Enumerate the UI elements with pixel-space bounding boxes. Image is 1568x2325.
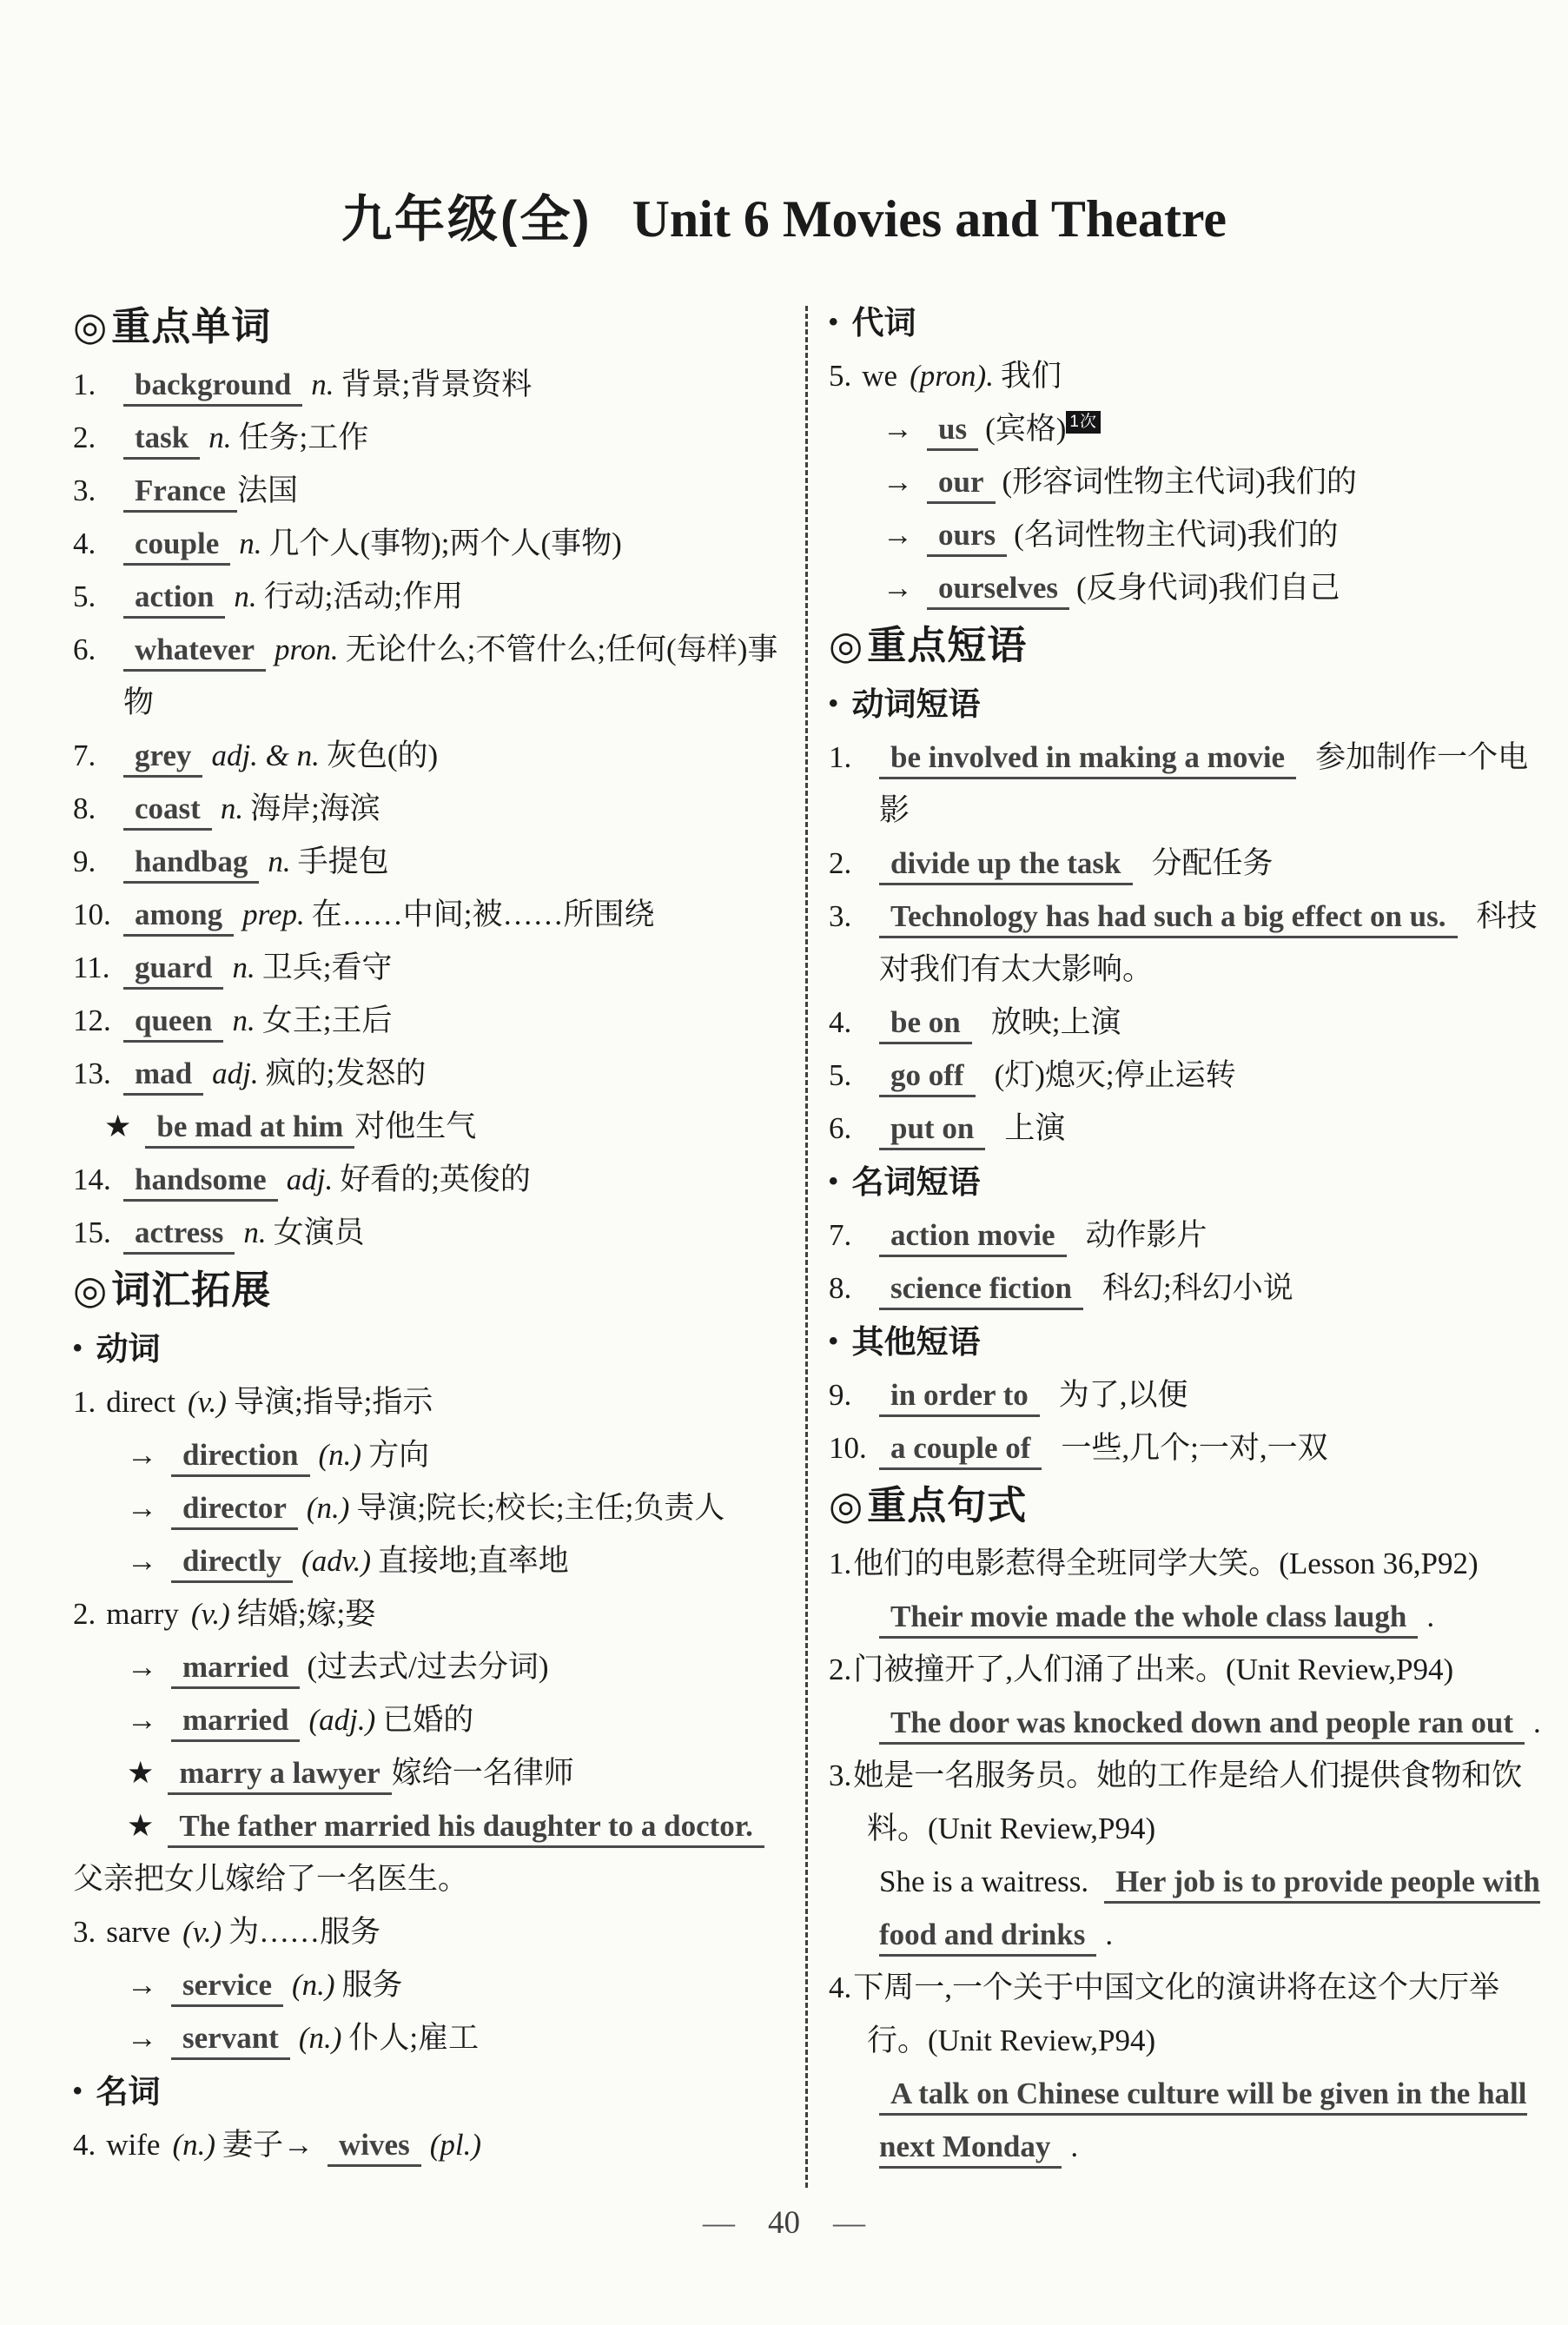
part-of-speech: n. bbox=[311, 368, 334, 401]
sentence-answer-blank: Their movie made the whole class laugh bbox=[879, 1600, 1418, 1639]
phrase-item: 8.science fiction科幻;科幻小说 bbox=[829, 1262, 1558, 1315]
item-number: 10. bbox=[829, 1421, 879, 1474]
grammar-note: (名词性物主代词) bbox=[1014, 518, 1247, 552]
group-heading-label: 名词 bbox=[96, 2074, 161, 2110]
noun-expansion-item: 4.wife(n.)妻子→wives(pl.) bbox=[73, 2118, 791, 2171]
item-number: 4. bbox=[829, 1971, 851, 2004]
answer-blank: The father married his daughter to a doc… bbox=[168, 1809, 764, 1848]
word-meaning: 为……服务 bbox=[228, 1915, 380, 1949]
ring-icon: ◎ bbox=[73, 1268, 108, 1312]
part-of-speech: n. bbox=[232, 951, 255, 984]
part-of-speech: n. bbox=[221, 792, 243, 825]
entry-marker-icon: ★ bbox=[127, 1809, 154, 1843]
item-number: 2. bbox=[829, 1653, 851, 1686]
headword: wife bbox=[106, 2128, 160, 2162]
part-of-speech: n. bbox=[234, 580, 256, 613]
entry-meaning: 我们的 bbox=[1266, 465, 1357, 499]
part-of-speech: (adj.) bbox=[308, 1703, 375, 1737]
frequency-badge: 1次 bbox=[1066, 411, 1101, 434]
entry-meaning: 仆人;雇工 bbox=[348, 2021, 479, 2055]
phrase-group-heading: •动词短语 bbox=[829, 677, 1558, 731]
section-heading-expansion: ◎词汇拓展 bbox=[73, 1259, 791, 1321]
item-number: 8. bbox=[829, 1262, 879, 1315]
phrase-answer-blank: a couple of bbox=[879, 1431, 1042, 1470]
word-body: greyadj. & n.灰色(的) bbox=[123, 729, 791, 782]
page-footer: —40— bbox=[0, 2204, 1568, 2242]
word-item: 11. guardn.卫兵;看守 bbox=[73, 941, 791, 994]
section-heading-label: 重点短语 bbox=[867, 623, 1027, 667]
entry-meaning: 导演;院长;校长;主任;负责人 bbox=[356, 1491, 724, 1525]
word-answer-blank: coast bbox=[123, 792, 212, 831]
word-answer-blank: actress bbox=[123, 1215, 235, 1255]
entry-meaning: 嫁给一名律师 bbox=[392, 1756, 574, 1790]
entry-marker-icon: → bbox=[127, 1968, 157, 2002]
sub-entry: →married(adj.)已婚的 bbox=[127, 1693, 791, 1746]
word-item: 12. queenn.女王;王后 bbox=[73, 994, 791, 1047]
word-answer-blank: mad bbox=[123, 1057, 203, 1096]
entry-meaning: 我们的 bbox=[1247, 518, 1338, 552]
answer-prefix: She is a waitress. bbox=[879, 1865, 1088, 1898]
entry-marker-icon: → bbox=[127, 1544, 157, 1578]
answer-blank: married bbox=[171, 1650, 300, 1689]
part-of-speech: adj. & n. bbox=[211, 739, 319, 772]
word-meaning: 我们 bbox=[1001, 359, 1062, 393]
word-body: actressn.女演员 bbox=[123, 1206, 791, 1259]
word-meaning: 女王;王后 bbox=[262, 1004, 393, 1037]
sentence-item: 3.她是一名服务员。她的工作是给人们提供食物和饮料。(Unit Review,P… bbox=[829, 1749, 1558, 1961]
sub-entry: →service(n.)服务 bbox=[127, 1958, 791, 2011]
item-number: 4. bbox=[73, 517, 123, 570]
phrase-group-heading: •其他短语 bbox=[829, 1315, 1558, 1368]
phrase-groups: •动词短语 1.be involved in making a movie参加制… bbox=[829, 677, 1558, 1474]
phrase-meaning: 动作影片 bbox=[1086, 1218, 1207, 1252]
sentence-answer-blank: The door was knocked down and people ran… bbox=[879, 1706, 1525, 1745]
expansion-item: 2.marry(v.)结婚;嫁;娶 →married(过去式/过去分词) →ma… bbox=[73, 1587, 791, 1905]
phrase-list: 1.be involved in making a movie参加制作一个电影 … bbox=[829, 731, 1558, 1155]
entry-marker-icon: → bbox=[883, 571, 913, 605]
sentence-list: 1.他们的电影惹得全班同学大笑。(Lesson 36,P92) Their mo… bbox=[829, 1537, 1558, 2173]
part-of-speech: (adv.) bbox=[301, 1544, 371, 1578]
word-meaning: 海岸;海滨 bbox=[250, 792, 380, 825]
word-item: 9. handbagn.手提包 bbox=[73, 835, 791, 888]
sentence-item: 2.门被撞开了,人们涌了出来。(Unit Review,P94) The doo… bbox=[829, 1643, 1558, 1749]
word-meaning: 导演;指导;指示 bbox=[234, 1385, 433, 1419]
part-of-speech: (n.) bbox=[307, 1491, 350, 1525]
answer-blank: directly bbox=[171, 1544, 293, 1583]
answer-blank: married bbox=[171, 1703, 300, 1742]
item-number: 1. bbox=[829, 731, 879, 784]
sentence-answer-blank: A talk on Chinese culture will be given … bbox=[879, 2077, 1527, 2169]
entry-marker-icon: → bbox=[127, 1491, 157, 1525]
part-of-speech: (v.) bbox=[188, 1385, 227, 1419]
word-answer-blank: couple bbox=[123, 527, 230, 566]
entry-marker-icon: → bbox=[127, 1703, 157, 1737]
answer-blank: wives bbox=[327, 2128, 421, 2167]
word-meaning: 在……中间;被……所围绕 bbox=[312, 898, 655, 931]
phrase-answer-blank: science fiction bbox=[879, 1271, 1083, 1310]
part-of-speech: (n.) bbox=[299, 2021, 342, 2055]
word-body: France法国 bbox=[123, 464, 791, 517]
page-title: 九年级(全)Unit 6 Movies and Theatre bbox=[0, 0, 1568, 269]
item-number: 14. bbox=[73, 1153, 123, 1206]
headword: marry bbox=[106, 1597, 179, 1631]
word-answer-blank: background bbox=[123, 368, 302, 407]
sub-entry: →our(形容词性物主代词)我们的 bbox=[883, 455, 1558, 508]
answer-blank: director bbox=[171, 1491, 298, 1530]
derived-entries: →married(过去式/过去分词) →married(adj.)已婚的 ★ma… bbox=[73, 1640, 791, 1905]
content-columns: ◎重点单词 1. backgroundn.背景;背景资料 2. bbox=[0, 269, 1568, 2173]
bullet-icon: • bbox=[829, 1167, 838, 1196]
phrase-group: •名词短语 7.action movie动作影片 8.science ficti… bbox=[829, 1155, 1558, 1315]
word-meaning: 背景;背景资料 bbox=[341, 368, 533, 401]
part-of-speech: (pl.) bbox=[430, 2128, 481, 2162]
entry-marker-icon: → bbox=[127, 1650, 157, 1684]
phrase-answer-blank: action movie bbox=[879, 1218, 1067, 1257]
section-heading-label: 重点句式 bbox=[867, 1483, 1027, 1527]
ring-icon: ◎ bbox=[73, 304, 108, 348]
sentence-prompt: 她是一名服务员。她的工作是给人们提供食物和饮料。(Unit Review,P94… bbox=[853, 1759, 1522, 1845]
word-item: 15. actressn.女演员 bbox=[73, 1206, 791, 1259]
entry-marker-icon: → bbox=[883, 518, 913, 552]
word-answer-blank: France bbox=[123, 474, 237, 513]
sentence-answer: The door was knocked down and people ran… bbox=[879, 1696, 1558, 1749]
verb-expansions: 1.direct(v.)导演;指导;指示 →direction(n.)方向 →d… bbox=[73, 1375, 791, 2064]
sub-entry: →director(n.)导演;院长;校长;主任;负责人 bbox=[127, 1481, 791, 1534]
bullet-icon: • bbox=[829, 1327, 838, 1355]
part-of-speech: (v.) bbox=[191, 1597, 230, 1631]
phrase-list: 7.action movie动作影片 8.science fiction科幻;科… bbox=[829, 1209, 1558, 1315]
answer-blank: ourselves bbox=[927, 571, 1069, 610]
part-of-speech: (n.) bbox=[319, 1438, 362, 1472]
word-item: 7. greyadj. & n.灰色(的) bbox=[73, 729, 791, 782]
entry-marker-icon: → bbox=[883, 465, 913, 499]
headword: we bbox=[862, 359, 897, 393]
sub-entry: →us(宾格)1次 bbox=[883, 402, 1558, 455]
entry-meaning: 服务 bbox=[342, 1968, 403, 2002]
part-of-speech: n. bbox=[239, 527, 261, 560]
entry-meaning: 已婚的 bbox=[382, 1703, 473, 1737]
entry-marker-icon: → bbox=[127, 1438, 157, 1472]
bullet-icon: • bbox=[73, 1334, 83, 1362]
word-meaning: 卫兵;看守 bbox=[262, 951, 393, 984]
item-number: 1. bbox=[829, 1547, 851, 1580]
word-meaning: 妻子 bbox=[222, 2128, 283, 2162]
word-answer-blank: task bbox=[123, 421, 200, 460]
pronouns-group-heading: •代词 bbox=[829, 295, 1558, 349]
answer-period: . bbox=[1105, 1918, 1113, 1951]
phrase-group-heading: •名词短语 bbox=[829, 1155, 1558, 1209]
entry-marker-icon: ★ bbox=[127, 1756, 154, 1790]
item-number: 5. bbox=[73, 570, 123, 623]
sentence-prompt: 他们的电影惹得全班同学大笑。(Lesson 36,P92) bbox=[853, 1547, 1478, 1580]
item-number: 2. bbox=[829, 837, 879, 890]
part-of-speech: n. bbox=[208, 421, 231, 454]
answer-period: . bbox=[1070, 2130, 1078, 2163]
item-number: 10. bbox=[73, 888, 123, 941]
pronoun-expansion-item: 5.we(pron).我们 →us(宾格)1次 →our(形容词性物主代词)我们… bbox=[829, 349, 1558, 614]
word-item: 14. handsomeadj.好看的;英俊的 bbox=[73, 1153, 791, 1206]
item-number: 5. bbox=[829, 1049, 879, 1102]
phrase-meaning: 为了,以便 bbox=[1059, 1378, 1188, 1412]
sub-entry: ★marry a lawyer嫁给一名律师 bbox=[127, 1746, 791, 1799]
phrase-meaning: 放映;上演 bbox=[991, 1005, 1121, 1039]
phrase-item: 4.be on放映;上演 bbox=[829, 996, 1558, 1049]
word-item: 5. actionn.行动;活动;作用 bbox=[73, 570, 791, 623]
item-number: 6. bbox=[73, 623, 123, 729]
headword: sarve bbox=[106, 1915, 170, 1949]
phrase-meaning: 分配任务 bbox=[1152, 846, 1274, 880]
phrase-answer-blank: in order to bbox=[879, 1378, 1040, 1417]
word-body: guardn.卫兵;看守 bbox=[123, 941, 791, 994]
word-body: backgroundn.背景;背景资料 bbox=[123, 358, 791, 411]
word-body: whateverpron.无论什么;不管什么;任何(每样)事物 bbox=[123, 623, 791, 729]
phrase-answer-blank: be on bbox=[879, 1005, 972, 1044]
sentence-answer: She is a waitress.Her job is to provide … bbox=[879, 1855, 1558, 1961]
word-sub-entries: ★be mad at him对他生气 bbox=[123, 1100, 791, 1153]
section-heading-key-sentences: ◎重点句式 bbox=[829, 1474, 1558, 1537]
word-meaning: 几个人(事物);两个人(事物) bbox=[268, 527, 621, 560]
word-answer-blank: queen bbox=[123, 1004, 223, 1043]
sub-entry: →ourselves(反身代词)我们自己 bbox=[883, 561, 1558, 614]
group-heading-label: 动词 bbox=[96, 1331, 161, 1367]
word-meaning: 法国 bbox=[237, 474, 298, 507]
entry-marker-icon: → bbox=[883, 412, 913, 446]
entry-meaning: 方向 bbox=[368, 1438, 429, 1472]
phrase-answer-blank: Technology has had such a big effect on … bbox=[879, 899, 1458, 938]
page-number: 40 bbox=[768, 2205, 800, 2241]
word-meaning: 疯的;发怒的 bbox=[266, 1057, 427, 1090]
bullet-icon: • bbox=[73, 2077, 83, 2105]
part-of-speech: pron. bbox=[275, 633, 339, 666]
word-answer-blank: handbag bbox=[123, 845, 259, 884]
entry-translation: 父亲把女儿嫁给了一名医生。 bbox=[73, 1852, 791, 1905]
item-number: 3. bbox=[73, 1915, 96, 1949]
expansion-item: 3.sarve(v.)为……服务 →service(n.)服务 →servant… bbox=[73, 1905, 791, 2064]
word-body: couplen.几个人(事物);两个人(事物) bbox=[123, 517, 791, 570]
headword: direct bbox=[106, 1385, 175, 1419]
item-number: 9. bbox=[829, 1368, 879, 1421]
bullet-icon: • bbox=[829, 308, 838, 336]
item-number: 3. bbox=[829, 1759, 851, 1792]
phrase-item: 2.divide up the task分配任务 bbox=[829, 837, 1558, 890]
section-heading-key-phrases: ◎重点短语 bbox=[829, 614, 1558, 677]
phrase-item: 6.put on上演 bbox=[829, 1102, 1558, 1155]
derived-entries: →us(宾格)1次 →our(形容词性物主代词)我们的 →ours(名词性物主代… bbox=[829, 402, 1558, 614]
item-number: 5. bbox=[829, 359, 851, 393]
sub-entry: →married(过去式/过去分词) bbox=[127, 1640, 791, 1693]
sub-entry: ★The father married his daughter to a do… bbox=[127, 1799, 791, 1905]
word-answer-blank: guard bbox=[123, 951, 223, 990]
section-heading-label: 词汇拓展 bbox=[111, 1268, 271, 1312]
item-number: 3. bbox=[73, 464, 123, 517]
word-meaning: 女演员 bbox=[274, 1215, 365, 1249]
textbook-page: 九年级(全)Unit 6 Movies and Theatre ◎重点单词 1.… bbox=[0, 0, 1568, 2325]
right-column: •代词 5.we(pron).我们 →us(宾格)1次 →our(形容词性物主代… bbox=[829, 295, 1558, 2173]
sentence-item: 1.他们的电影惹得全班同学大笑。(Lesson 36,P92) Their mo… bbox=[829, 1537, 1558, 1643]
group-heading-label: 名词短语 bbox=[852, 1164, 981, 1200]
item-number: 15. bbox=[73, 1206, 123, 1259]
word-item: 2. taskn.任务;工作 bbox=[73, 411, 791, 464]
part-of-speech: adj. bbox=[287, 1162, 333, 1196]
sub-entry: →directly(adv.)直接地;直率地 bbox=[127, 1534, 791, 1587]
word-item: 1. backgroundn.背景;背景资料 bbox=[73, 358, 791, 411]
word-meaning: 灰色(的) bbox=[327, 739, 438, 772]
answer-blank: servant bbox=[171, 2021, 290, 2060]
grammar-note: (形容词性物主代词) bbox=[1002, 465, 1266, 499]
word-answer-blank: among bbox=[123, 898, 234, 937]
group-heading-label: 动词短语 bbox=[852, 686, 981, 722]
part-of-speech: n. bbox=[232, 1004, 255, 1037]
item-number: 4. bbox=[829, 996, 879, 1049]
entry-meaning: 直接地;直率地 bbox=[378, 1544, 569, 1578]
phrase-meaning: 科幻;科幻小说 bbox=[1102, 1271, 1293, 1305]
footer-dash: — bbox=[833, 2205, 865, 2241]
entry-marker-icon: → bbox=[127, 2021, 157, 2055]
word-meaning: 好看的;英俊的 bbox=[340, 1162, 531, 1196]
word-answer-blank: handsome bbox=[123, 1162, 278, 1202]
answer-period: . bbox=[1533, 1706, 1541, 1739]
phrase-item: 10.a couple of一些,几个;一对,一双 bbox=[829, 1421, 1558, 1474]
word-body: coastn.海岸;海滨 bbox=[123, 782, 791, 835]
word-answer-blank: action bbox=[123, 580, 225, 619]
item-number: 2. bbox=[73, 1597, 96, 1631]
sentence-prompt: 下周一,一个关于中国文化的演讲将在这个大厅举行。(Unit Review,P94… bbox=[853, 1971, 1499, 2057]
word-meaning: 结婚;嫁;娶 bbox=[237, 1597, 375, 1631]
part-of-speech: (n.) bbox=[172, 2128, 215, 2162]
sentence-item: 4.下周一,一个关于中国文化的演讲将在这个大厅举行。(Unit Review,P… bbox=[829, 1961, 1558, 2173]
word-item: 8. coastn.海岸;海滨 bbox=[73, 782, 791, 835]
entry-meaning: 对他生气 bbox=[354, 1110, 476, 1143]
grammar-note: (反身代词) bbox=[1076, 571, 1218, 605]
phrase-group: •动词短语 1.be involved in making a movie参加制… bbox=[829, 677, 1558, 1155]
item-number: 1. bbox=[73, 1385, 96, 1419]
ring-icon: ◎ bbox=[829, 1483, 863, 1527]
word-body: handsomeadj.好看的;英俊的 bbox=[123, 1153, 791, 1206]
part-of-speech: (n.) bbox=[292, 1968, 335, 2002]
title-unit: Unit 6 Movies and Theatre bbox=[632, 190, 1227, 248]
group-heading-label: 代词 bbox=[852, 305, 916, 341]
phrase-item: 3.Technology has had such a big effect o… bbox=[829, 890, 1558, 996]
word-meaning: 手提包 bbox=[298, 845, 389, 878]
word-item: 10. amongprep.在……中间;被……所围绕 bbox=[73, 888, 791, 941]
word-answer-blank: whatever bbox=[123, 633, 266, 672]
phrase-answer-blank: go off bbox=[879, 1058, 976, 1097]
phrase-meaning: 上演 bbox=[1004, 1111, 1065, 1145]
nouns-group-heading: •名词 bbox=[73, 2064, 791, 2118]
item-number: 4. bbox=[73, 2128, 96, 2162]
arrow-icon: → bbox=[283, 2128, 314, 2162]
sentence-answer: Their movie made the whole class laugh. bbox=[879, 1590, 1558, 1643]
word-body: taskn.任务;工作 bbox=[123, 411, 791, 464]
item-number: 7. bbox=[73, 729, 123, 782]
item-number: 3. bbox=[829, 890, 879, 943]
phrase-item: 5.go off(灯)熄灭;停止运转 bbox=[829, 1049, 1558, 1102]
group-heading-label: 其他短语 bbox=[852, 1324, 981, 1360]
item-number: 11. bbox=[73, 941, 123, 994]
title-grade: 九年级(全) bbox=[341, 191, 592, 248]
word-item: 6. whateverpron.无论什么;不管什么;任何(每样)事物 bbox=[73, 623, 791, 729]
word-item: 13. madadj.疯的;发怒的 ★be mad at him对他生气 bbox=[73, 1047, 791, 1153]
part-of-speech: prep. bbox=[242, 898, 305, 931]
verbs-group-heading: •动词 bbox=[73, 1321, 791, 1375]
answer-blank: direction bbox=[171, 1438, 310, 1477]
grammar-note: (宾格) bbox=[985, 412, 1066, 446]
answer-blank: our bbox=[927, 465, 996, 504]
sub-entry: →direction(n.)方向 bbox=[127, 1428, 791, 1481]
answer-blank: marry a lawyer bbox=[168, 1756, 391, 1795]
section-heading-label: 重点单词 bbox=[111, 304, 271, 348]
item-number: 6. bbox=[829, 1102, 879, 1155]
word-item: 3. France法国 bbox=[73, 464, 791, 517]
phrase-item: 1.be involved in making a movie参加制作一个电影 bbox=[829, 731, 1558, 837]
bullet-icon: • bbox=[829, 689, 838, 718]
phrase-answer-blank: divide up the task bbox=[879, 846, 1133, 885]
expansion-item: 1.direct(v.)导演;指导;指示 →direction(n.)方向 →d… bbox=[73, 1375, 791, 1587]
phrase-meaning: (灯)熄灭;停止运转 bbox=[995, 1058, 1236, 1092]
part-of-speech: (pron). bbox=[910, 359, 994, 393]
part-of-speech: n. bbox=[243, 1215, 266, 1249]
phrase-answer-blank: put on bbox=[879, 1111, 985, 1150]
key-words-list: 1. backgroundn.背景;背景资料 2. taskn.任务;工作 bbox=[73, 358, 791, 1259]
phrase-item: 9.in order to为了,以便 bbox=[829, 1368, 1558, 1421]
phrase-group: •其他短语 9.in order to为了,以便 10.a couple of一… bbox=[829, 1315, 1558, 1474]
part-of-speech: n. bbox=[268, 845, 290, 878]
sub-entry: ★be mad at him对他生气 bbox=[104, 1100, 791, 1153]
left-column: ◎重点单词 1. backgroundn.背景;背景资料 2. bbox=[50, 295, 791, 2171]
section-heading-key-words: ◎重点单词 bbox=[73, 295, 791, 358]
word-answer-blank: grey bbox=[123, 739, 202, 778]
word-body: actionn.行动;活动;作用 bbox=[123, 570, 791, 623]
answer-blank: be mad at him bbox=[145, 1110, 354, 1149]
grammar-note: (过去式/过去分词) bbox=[307, 1650, 548, 1684]
entry-meaning: 我们自己 bbox=[1218, 571, 1340, 605]
phrase-meaning: 一些,几个;一对,一双 bbox=[1061, 1431, 1327, 1465]
word-meaning: 行动;活动;作用 bbox=[264, 580, 463, 613]
derived-entries: →direction(n.)方向 →director(n.)导演;院长;校长;主… bbox=[73, 1428, 791, 1587]
answer-blank: ours bbox=[927, 518, 1007, 557]
item-number: 12. bbox=[73, 994, 123, 1047]
sentence-prompt: 门被撞开了,人们涌了出来。(Unit Review,P94) bbox=[853, 1653, 1453, 1686]
part-of-speech: adj. bbox=[212, 1057, 258, 1090]
item-number: 7. bbox=[829, 1209, 879, 1262]
word-meaning: 任务;工作 bbox=[239, 421, 369, 454]
item-number: 1. bbox=[73, 358, 123, 411]
answer-blank: us bbox=[927, 412, 978, 451]
word-body: amongprep.在……中间;被……所围绕 bbox=[123, 888, 791, 941]
sub-entry: →ours(名词性物主代词)我们的 bbox=[883, 508, 1558, 561]
word-body: queenn.女王;王后 bbox=[123, 994, 791, 1047]
item-number: 9. bbox=[73, 835, 123, 888]
word-body: handbagn.手提包 bbox=[123, 835, 791, 888]
sentence-answer: A talk on Chinese culture will be given … bbox=[879, 2067, 1558, 2173]
part-of-speech: (v.) bbox=[182, 1915, 222, 1949]
item-number: 2. bbox=[73, 411, 123, 464]
derived-entries: →service(n.)服务 →servant(n.)仆人;雇工 bbox=[73, 1958, 791, 2064]
phrase-item: 7.action movie动作影片 bbox=[829, 1209, 1558, 1262]
phrase-list: 9.in order to为了,以便 10.a couple of一些,几个;一… bbox=[829, 1368, 1558, 1474]
word-body: madadj.疯的;发怒的 ★be mad at him对他生气 bbox=[123, 1047, 791, 1153]
word-item: 4. couplen.几个人(事物);两个人(事物) bbox=[73, 517, 791, 570]
footer-dash: — bbox=[703, 2205, 735, 2241]
ring-icon: ◎ bbox=[829, 623, 863, 667]
phrase-answer-blank: be involved in making a movie bbox=[879, 740, 1296, 779]
column-divider bbox=[805, 306, 808, 2188]
item-number: 8. bbox=[73, 782, 123, 835]
answer-period: . bbox=[1426, 1600, 1434, 1633]
sub-entry: →servant(n.)仆人;雇工 bbox=[127, 2011, 791, 2064]
answer-blank: service bbox=[171, 1968, 283, 2007]
entry-marker-icon: ★ bbox=[104, 1110, 131, 1143]
